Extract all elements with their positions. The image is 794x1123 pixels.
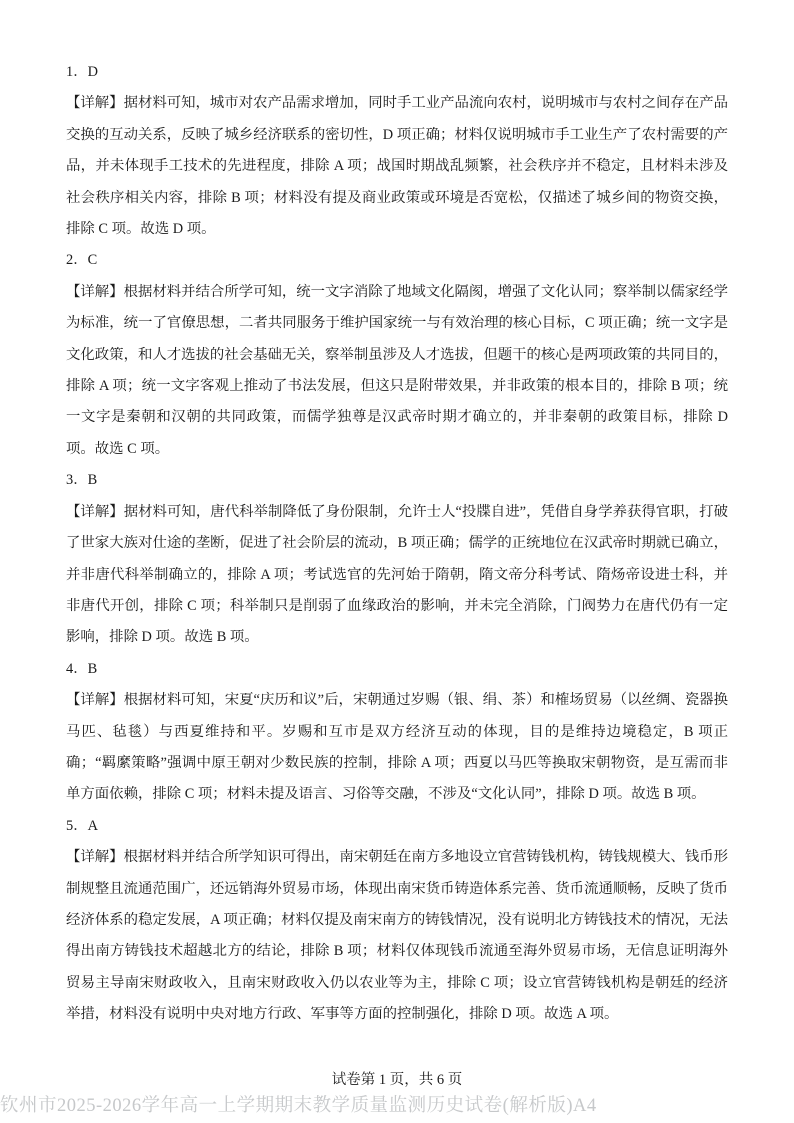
answer-section-4: 4．B 【详解】根据材料可知，宋夏“庆历和议”后，宋朝通过岁赐（银、绢、茶）和榷… xyxy=(66,654,728,811)
answer-explanation-5: 【详解】根据材料并结合所学知识可得出，南宋朝廷在南方多地设立官营铸钱机构，铸钱规… xyxy=(66,842,728,1030)
answer-explanation-2: 【详解】根据材料并结合所学可知，统一文字消除了地域文化隔阂，增强了文化认同；察举… xyxy=(66,277,728,465)
answer-number-1: 1．D xyxy=(66,57,728,88)
answer-section-1: 1．D 【详解】据材料可知，城市对农产品需求增加，同时手工业产品流向农村，说明城… xyxy=(66,57,728,245)
page-number-footer: 试卷第 1 页，共 6 页 xyxy=(0,1069,794,1091)
answer-explanation-4: 【详解】根据材料可知，宋夏“庆历和议”后，宋朝通过岁赐（银、绢、茶）和榷场贸易（… xyxy=(66,685,728,811)
answer-section-5: 5．A 【详解】根据材料并结合所学知识可得出，南宋朝廷在南方多地设立官营铸钱机构… xyxy=(66,811,728,1031)
answer-section-3: 3．B 【详解】据材料可知，唐代科举制降低了身份限制，允许士人“投牒自进”，凭借… xyxy=(66,465,728,653)
exam-title-watermark: 钦州市2025-2026学年高一上学期期末教学质量监测历史试卷(解析版)A4 xyxy=(0,1094,597,1118)
answer-number-3: 3．B xyxy=(66,465,728,496)
answer-number-2: 2．C xyxy=(66,245,728,276)
answer-explanations: 1．D 【详解】据材料可知，城市对农产品需求增加，同时手工业产品流向农村，说明城… xyxy=(66,57,728,1031)
answer-explanation-1: 【详解】据材料可知，城市对农产品需求增加，同时手工业产品流向农村，说明城市与农村… xyxy=(66,88,728,245)
answer-explanation-3: 【详解】据材料可知，唐代科举制降低了身份限制，允许士人“投牒自进”，凭借自身学养… xyxy=(66,497,728,654)
answer-number-5: 5．A xyxy=(66,811,728,842)
answer-section-2: 2．C 【详解】根据材料并结合所学可知，统一文字消除了地域文化隔阂，增强了文化认… xyxy=(66,245,728,465)
answer-number-4: 4．B xyxy=(66,654,728,685)
